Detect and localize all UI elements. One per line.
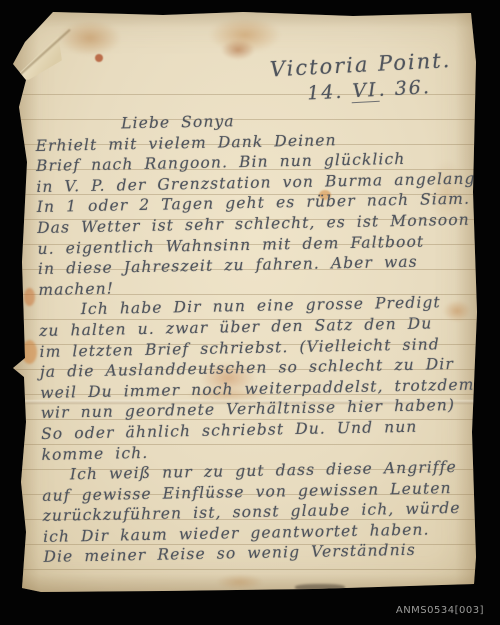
scan-background: Victoria Point. 14. VI. 36. Liebe Sonya … [0,0,500,625]
stain [209,17,281,53]
stain [216,574,264,590]
stain [95,54,103,62]
stain [59,20,121,56]
archive-label: ANMS0534[003] [396,605,484,616]
date-year: . 36. [378,76,431,101]
letter-paper: Victoria Point. 14. VI. 36. Liebe Sonya … [13,12,477,592]
date-day: 14. [307,81,344,105]
stain [295,584,345,591]
letter-heading: Victoria Point. 14. VI. 36. [270,48,454,106]
date-month: VI [351,79,379,103]
stain [221,40,255,60]
stain [22,340,37,364]
stain [24,288,35,306]
letter-body: Liebe Sonya Erhielt mit vielem Dank Dein… [35,107,474,568]
